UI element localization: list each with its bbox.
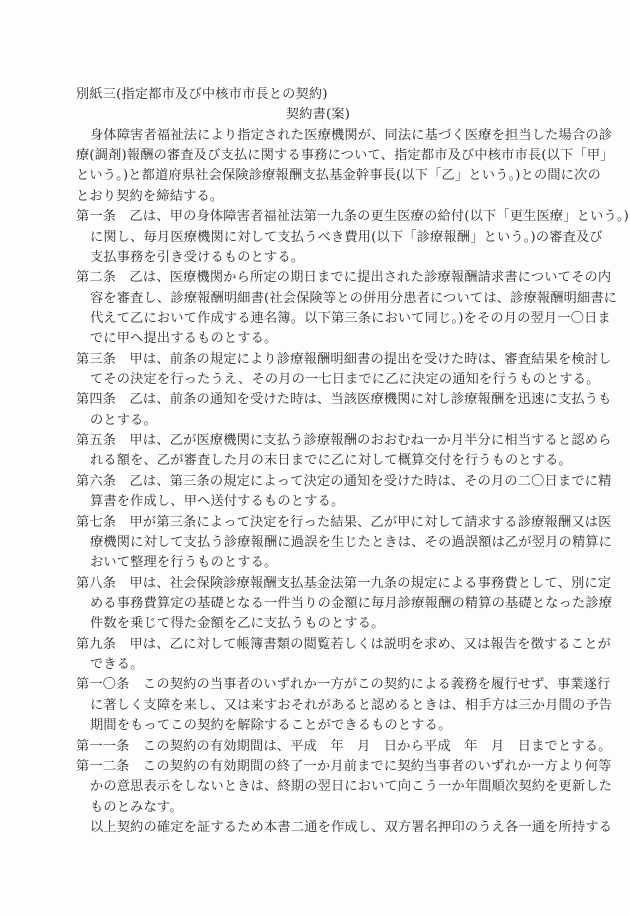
article-6: 第六条 乙は、第三条の規定によって決定の通知を受けた時は、その月の二〇日までに精…: [76, 472, 560, 513]
article-10: 第一〇条 この契約の当事者のいずれか一方がこの契約による義務を履行せず、事業遂行…: [76, 675, 560, 736]
article-line: 第六条 乙は、第三条の規定によって決定の通知を受けた時は、その月の二〇日までに精: [76, 472, 560, 492]
article-1: 第一条 乙は、甲の身体障害者福祉法第一九条の更生医療の給付(以下「更生医療」とい…: [76, 207, 560, 268]
article-line: れる額を、乙が審査した月の末日までに乙に対して概算交付を行うものとする。: [76, 451, 560, 471]
article-line: に著しく支障を来し、又は来すおそれがあると認めるときは、相手方は三か月間の予告: [76, 696, 560, 716]
article-line: 支払事務を引き受けるものとする。: [76, 248, 560, 268]
article-line: に関し、毎月医療機関に対して支払うべき費用(以下「診療報酬」という。)の審査及び: [76, 228, 560, 248]
preamble: 身体障害者福祉法により指定された医療機関が、同法に基づく医療を担当した場合の診 …: [76, 126, 560, 207]
article-line: 容を審査し、診療報酬明細書(社会保険等との併用分患者については、診療報酬明細書に: [76, 289, 560, 309]
article-5: 第五条 甲は、乙が医療機関に支払う診療報酬のおおむね一か月半分に相当すると認めら…: [76, 431, 560, 472]
article-2: 第二条 乙は、医療機関から所定の期日までに提出された診療報酬請求書についてその内…: [76, 268, 560, 349]
article-9: 第九条 甲は、乙に対して帳簿書類の閲覧若しくは説明を求め、又は報告を徴することが…: [76, 635, 560, 676]
article-line: でに甲へ提出するものとする。: [76, 329, 560, 349]
article-line: 第八条 甲は、社会保険診療報酬支払基金法第一九条の規定による事務費として、別に定: [76, 574, 560, 594]
article-11: 第一一条 この契約の有効期間は、平成 年 月 日から平成 年 月 日までとする。: [76, 737, 560, 757]
article-12: 第一二条 この契約の有効期間の終了一か月前までに契約当事者のいずれか一方より何等…: [76, 757, 560, 818]
article-line: 第四条 乙は、前条の通知を受けた時は、当該医療機関に対し診療報酬を迅速に支払うも: [76, 390, 560, 410]
article-4: 第四条 乙は、前条の通知を受けた時は、当該医療機関に対し診療報酬を迅速に支払うも…: [76, 390, 560, 431]
article-line: 第一〇条 この契約の当事者のいずれか一方がこの契約による義務を履行せず、事業遂行: [76, 675, 560, 695]
preamble-line: 身体障害者福祉法により指定された医療機関が、同法に基づく医療を担当した場合の診: [76, 126, 560, 146]
article-line: おいて整理を行うものとする。: [76, 553, 560, 573]
article-8: 第八条 甲は、社会保険診療報酬支払基金法第一九条の規定による事務費として、別に定…: [76, 574, 560, 635]
preamble-line: とおり契約を締結する。: [76, 187, 560, 207]
closing-statement: 以上契約の確定を証するため本書二通を作成し、双方署名押印のうえ各一通を所持する: [76, 818, 560, 838]
article-line: のとする。: [76, 411, 560, 431]
article-line: 療機関に対して支払う診療報酬に過誤を生じたときは、その過誤額は乙が翌月の精算に: [76, 533, 560, 553]
article-line: 第一条 乙は、甲の身体障害者福祉法第一九条の更生医療の給付(以下「更生医療」とい…: [76, 207, 560, 227]
preamble-line: 療(調剤)報酬の審査及び支払に関する事務について、指定都市及び中核市市長(以下「…: [76, 146, 560, 166]
document-title: 契約書(案): [76, 105, 560, 125]
preamble-line: という。)と都道府県社会保険診療報酬支払基金幹事長(以下「乙」という。)との間に…: [76, 166, 560, 186]
document-body: 別紙三(指定都市及び中核市市長との契約) 契約書(案) 身体障害者福祉法により指…: [76, 85, 560, 838]
article-line: 第一二条 この契約の有効期間の終了一か月前までに契約当事者のいずれか一方より何等: [76, 757, 560, 777]
article-line: 第一一条 この契約の有効期間は、平成 年 月 日から平成 年 月 日までとする。: [76, 737, 560, 757]
article-3: 第三条 甲は、前条の規定により診療報酬明細書の提出を受けた時は、審査結果を検討し…: [76, 350, 560, 391]
article-line: 第七条 甲が第三条によって決定を行った結果、乙が甲に対して請求する診療報酬又は医: [76, 513, 560, 533]
article-7: 第七条 甲が第三条によって決定を行った結果、乙が甲に対して請求する診療報酬又は医…: [76, 513, 560, 574]
article-line: てその決定を行ったうえ、その月の一七日までに乙に決定の通知を行うものとする。: [76, 370, 560, 390]
article-line: 期間をもってこの契約を解除することができるものとする。: [76, 716, 560, 736]
article-line: 代えて乙において作成する連名簿。以下第三条において同じ。)をその月の翌月一〇日ま: [76, 309, 560, 329]
article-line: 第二条 乙は、医療機関から所定の期日までに提出された診療報酬請求書についてその内: [76, 268, 560, 288]
article-line: 第三条 甲は、前条の規定により診療報酬明細書の提出を受けた時は、審査結果を検討し: [76, 350, 560, 370]
article-line: 算書を作成し、甲へ送付するものとする。: [76, 492, 560, 512]
article-line: かの意思表示をしないときは、終期の翌日において向こう一か年間順次契約を更新した: [76, 777, 560, 797]
article-line: ものとみなす。: [76, 798, 560, 818]
article-line: める事務費算定の基礎となる一件当りの金額に毎月診療報酬の精算の基礎となった診療: [76, 594, 560, 614]
article-line: 件数を乗じて得た金額を乙に支払うものとする。: [76, 614, 560, 634]
article-line: できる。: [76, 655, 560, 675]
document-page: 別紙三(指定都市及び中核市市長との契約) 契約書(案) 身体障害者福祉法により指…: [0, 0, 630, 916]
annex-title: 別紙三(指定都市及び中核市市長との契約): [76, 85, 560, 105]
article-line: 第九条 甲は、乙に対して帳簿書類の閲覧若しくは説明を求め、又は報告を徴することが: [76, 635, 560, 655]
article-line: 第五条 甲は、乙が医療機関に支払う診療報酬のおおむね一か月半分に相当すると認めら: [76, 431, 560, 451]
